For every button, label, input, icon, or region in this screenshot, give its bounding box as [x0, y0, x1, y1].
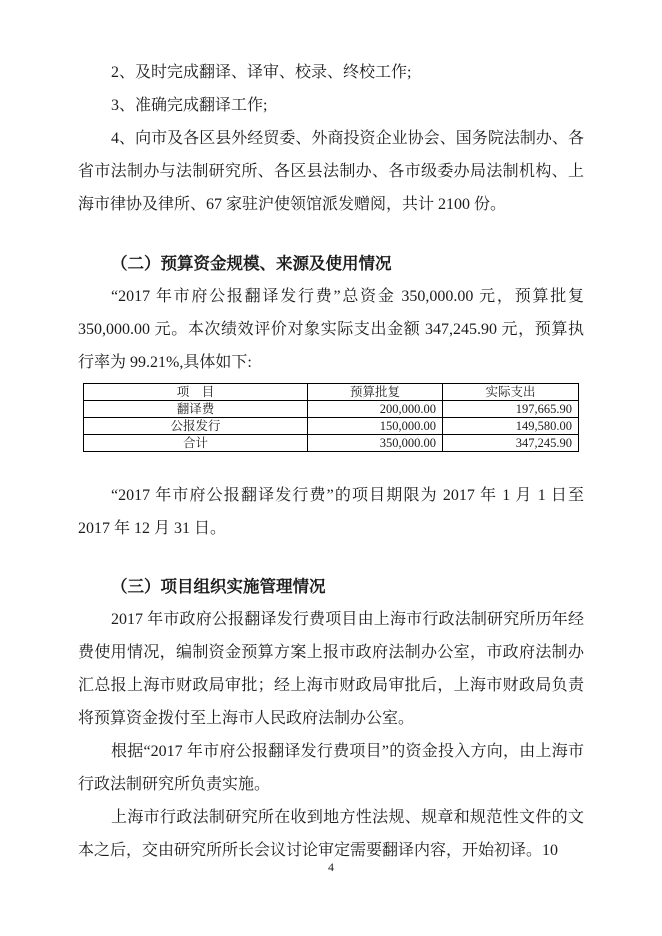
table-cell-item: 合计: [84, 435, 308, 452]
table-row: 合计 350,000.00 347,245.90: [84, 435, 579, 452]
table-row: 翻译费 200,000.00 197,665.90: [84, 401, 579, 418]
management-paragraph-2: 根据“2017 年市府公报翻译发行费项目”的资金投入方向，由上海市行政法制研究所…: [78, 735, 584, 801]
table-header-actual: 实际支出: [443, 384, 579, 401]
list-item-4: 4、向市及各区县外经贸委、外商投资企业协会、国务院法制办、各省市法制办与法制研究…: [78, 122, 584, 221]
table-header-budget: 预算批复: [308, 384, 443, 401]
table-cell-budget: 150,000.00: [308, 418, 443, 435]
table-cell-item: 公报发行: [84, 418, 308, 435]
budget-table: 项 目 预算批复 实际支出 翻译费 200,000.00 197,665.90 …: [83, 383, 579, 452]
list-item-2: 2、及时完成翻译、译审、校录、终校工作;: [78, 56, 584, 89]
table-header-row: 项 目 预算批复 实际支出: [84, 384, 579, 401]
project-period-paragraph: “2017 年市府公报翻译发行费”的项目期限为 2017 年 1 月 1 日至 …: [78, 479, 584, 545]
section-heading-budget: （二）预算资金规模、来源及使用情况: [78, 247, 584, 280]
budget-summary-paragraph: “2017 年市府公报翻译发行费”总资金 350,000.00 元，预算批复 3…: [78, 280, 584, 379]
table-row: 公报发行 150,000.00 149,580.00: [84, 418, 579, 435]
table-cell-actual: 347,245.90: [443, 435, 579, 452]
management-paragraph-3: 上海市行政法制研究所在收到地方性法规、规章和规范性文件的文本之后，交由研究所所长…: [78, 801, 584, 867]
table-header-item: 项 目: [84, 384, 308, 401]
table-cell-actual: 149,580.00: [443, 418, 579, 435]
section-heading-management: （三）项目组织实施管理情况: [78, 570, 584, 603]
table-cell-actual: 197,665.90: [443, 401, 579, 418]
management-paragraph-1: 2017 年市政府公报翻译发行费项目由上海市行政法制研究所历年经费使用情况，编制…: [78, 603, 584, 735]
table-cell-item: 翻译费: [84, 401, 308, 418]
document-content: 2、及时完成翻译、译审、校录、终校工作; 3、准确完成翻译工作; 4、向市及各区…: [78, 56, 584, 867]
table-cell-budget: 200,000.00: [308, 401, 443, 418]
page-number: 4: [0, 860, 662, 874]
document-page: 2、及时完成翻译、译审、校录、终校工作; 3、准确完成翻译工作; 4、向市及各区…: [0, 0, 662, 936]
table-cell-budget: 350,000.00: [308, 435, 443, 452]
list-item-3: 3、准确完成翻译工作;: [78, 89, 584, 122]
